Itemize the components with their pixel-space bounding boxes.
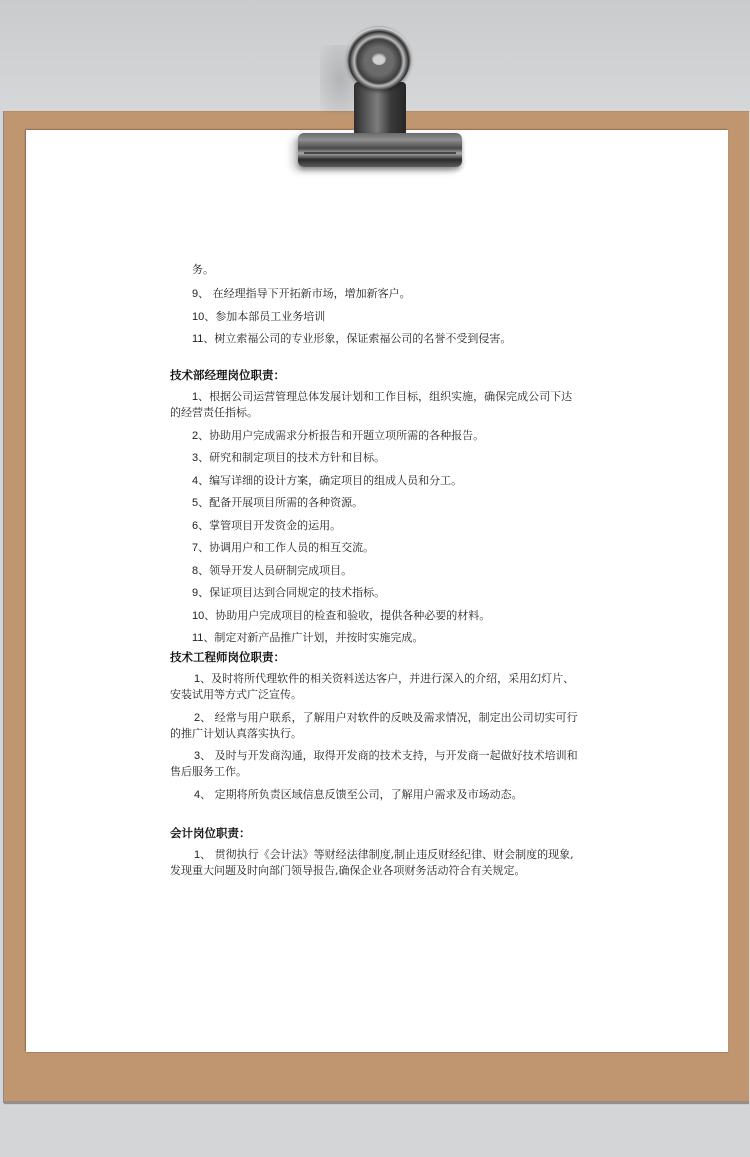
section-accountant: 会计岗位职责： 1、 贯彻执行《会计法》等财经法律制度,制止违反财经纪律、财会制… — [170, 825, 580, 879]
clipboard-shadow — [4, 1101, 749, 1105]
document-body: 务。 9、 在经理指导下开拓新市场，增加新客户。 10、参加本部员工业务培训 1… — [170, 262, 580, 885]
sales-duties-list: 9、 在经理指导下开拓新市场，增加新客户。 10、参加本部员工业务培训 11、树… — [170, 286, 580, 347]
list-item: 11、制定对新产品推广计划，并按时实施完成。 — [170, 630, 580, 646]
section-tech-engineer: 技术工程师岗位职责： 1、及时将所代理软件的相关资料送达客户，并进行深入的介绍，… — [170, 649, 580, 803]
list-item: 3、 及时与开发商沟通，取得开发商的技术支持，与开发商一起做好技术培训和售后服务… — [170, 748, 580, 780]
list-item: 2、 经常与用户联系，了解用户对软件的反映及需求情况，制定出公司切实可行的推广计… — [170, 710, 580, 742]
clip-jaw-edge — [304, 152, 456, 154]
list-item: 1、及时将所代理软件的相关资料送达客户，并进行深入的介绍，采用幻灯片、安装试用等… — [170, 671, 580, 703]
section-title: 技术部经理岗位职责： — [170, 367, 580, 383]
list-item: 3、研究和制定项目的技术方针和目标。 — [170, 450, 580, 466]
list-item: 9、保证项目达到合同规定的技术指标。 — [170, 585, 580, 601]
list-item: 11、树立索福公司的专业形象，保证索福公司的名誉不受到侵害。 — [170, 331, 580, 347]
clip-jaw — [298, 133, 462, 167]
continuation-text: 务。 — [170, 262, 580, 278]
list-item: 4、编写详细的设计方案，确定项目的组成人员和分工。 — [170, 473, 580, 489]
list-item: 4、 定期将所负责区域信息反馈至公司，了解用户需求及市场动态。 — [170, 787, 580, 803]
clip-hole — [372, 53, 386, 65]
section-tech-manager: 技术部经理岗位职责： 1、根据公司运营管理总体发展计划和工作目标，组织实施，确保… — [170, 367, 580, 646]
section-title: 技术工程师岗位职责： — [170, 649, 580, 665]
list-item: 8、领导开发人员研制完成项目。 — [170, 563, 580, 579]
list-item: 10、协助用户完成项目的检查和验收，提供各种必要的材料。 — [170, 608, 580, 624]
list-item: 1、 贯彻执行《会计法》等财经法律制度,制止违反财经纪律、财会制度的现象,发现重… — [170, 847, 580, 879]
list-item: 10、参加本部员工业务培训 — [170, 309, 580, 325]
list-item: 9、 在经理指导下开拓新市场，增加新客户。 — [170, 286, 580, 302]
section-title: 会计岗位职责： — [170, 825, 580, 841]
list-item: 6、掌管项目开发资金的运用。 — [170, 518, 580, 534]
list-item: 2、协助用户完成需求分析报告和开题立项所需的各种报告。 — [170, 428, 580, 444]
list-item: 5、配备开展项目所需的各种资源。 — [170, 495, 580, 511]
list-item: 7、协调用户和工作人员的相互交流。 — [170, 540, 580, 556]
list-item: 1、根据公司运营管理总体发展计划和工作目标，组织实施，确保完成公司下达的经营责任… — [170, 389, 580, 421]
